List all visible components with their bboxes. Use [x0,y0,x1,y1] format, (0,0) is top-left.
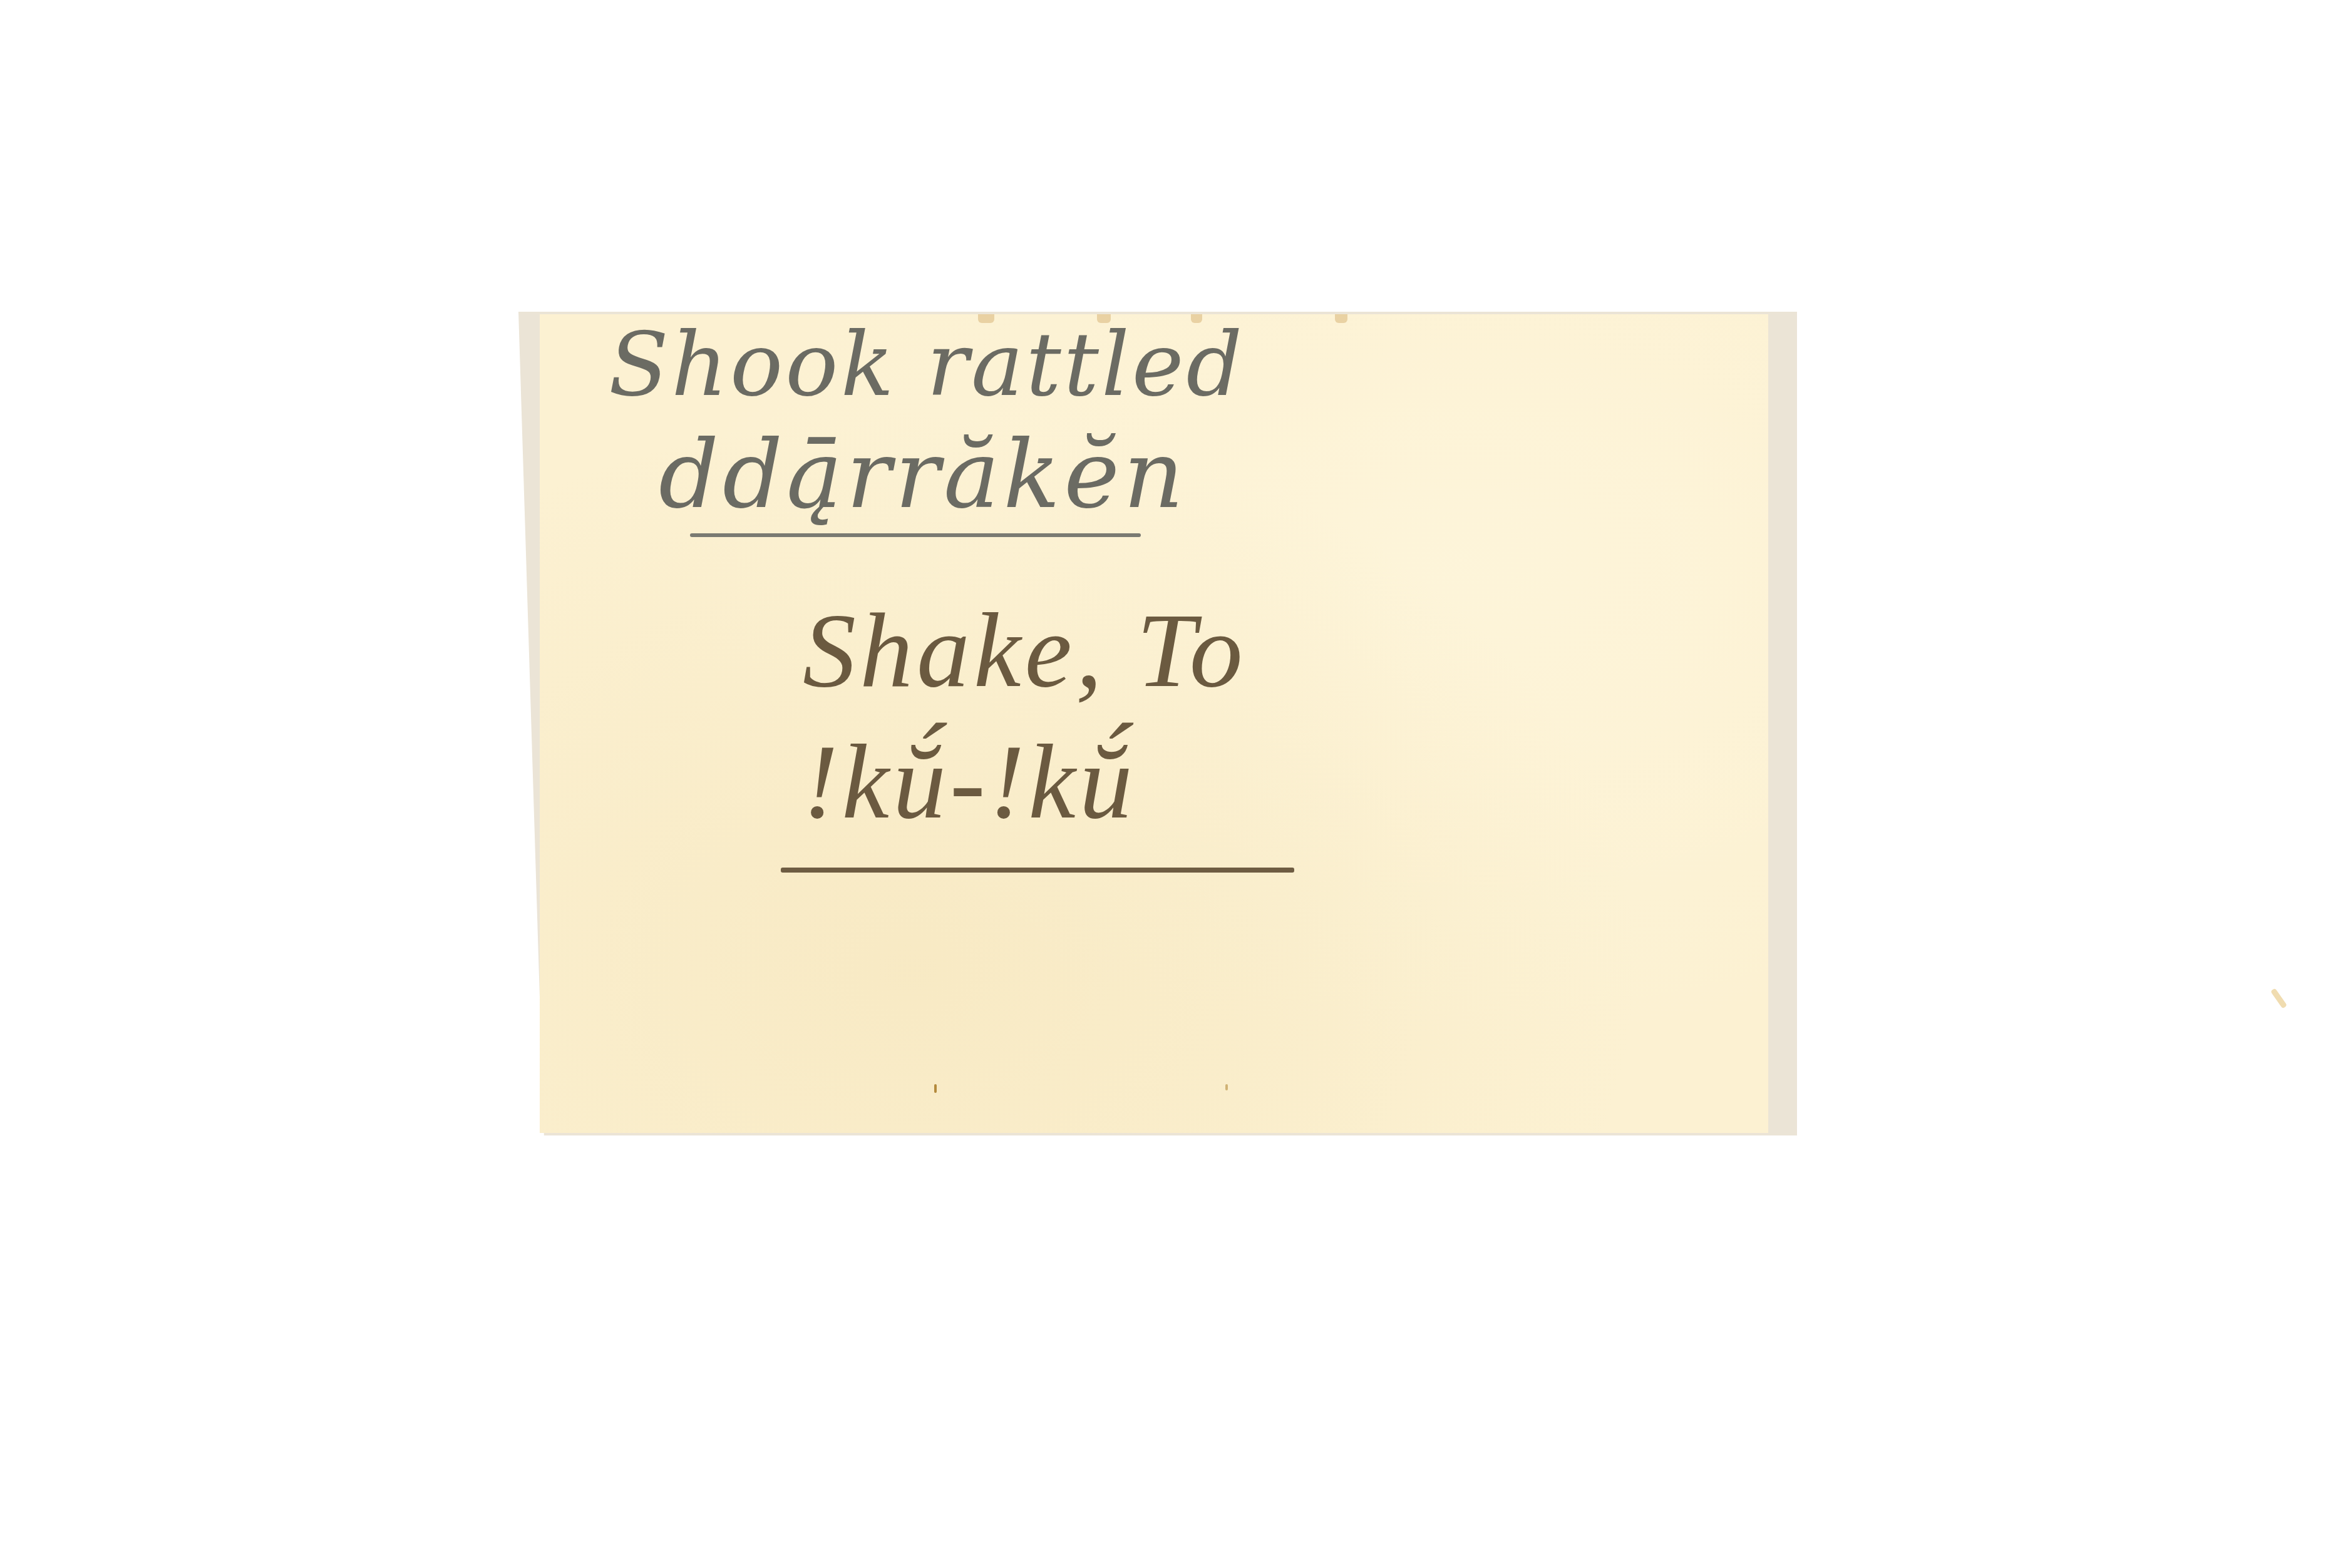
stray-mark [2270,988,2287,1008]
pencil-note-transcription: ddą̄rrăkĕn [659,421,1188,530]
headword: Shake, To [803,590,1247,712]
pencil-underline [690,533,1141,537]
paper-speck [934,1084,937,1093]
paper-stain [1335,314,1347,323]
ink-underline [781,868,1294,873]
pencil-note-english: Shook rattled [609,314,1245,416]
translation: !kŭ́-!kŭ́ [803,721,1136,843]
paper-speck [1225,1084,1228,1090]
paper-slip: Shook rattled ddą̄rrăkĕn Shake, To !kŭ́-… [540,314,1768,1133]
